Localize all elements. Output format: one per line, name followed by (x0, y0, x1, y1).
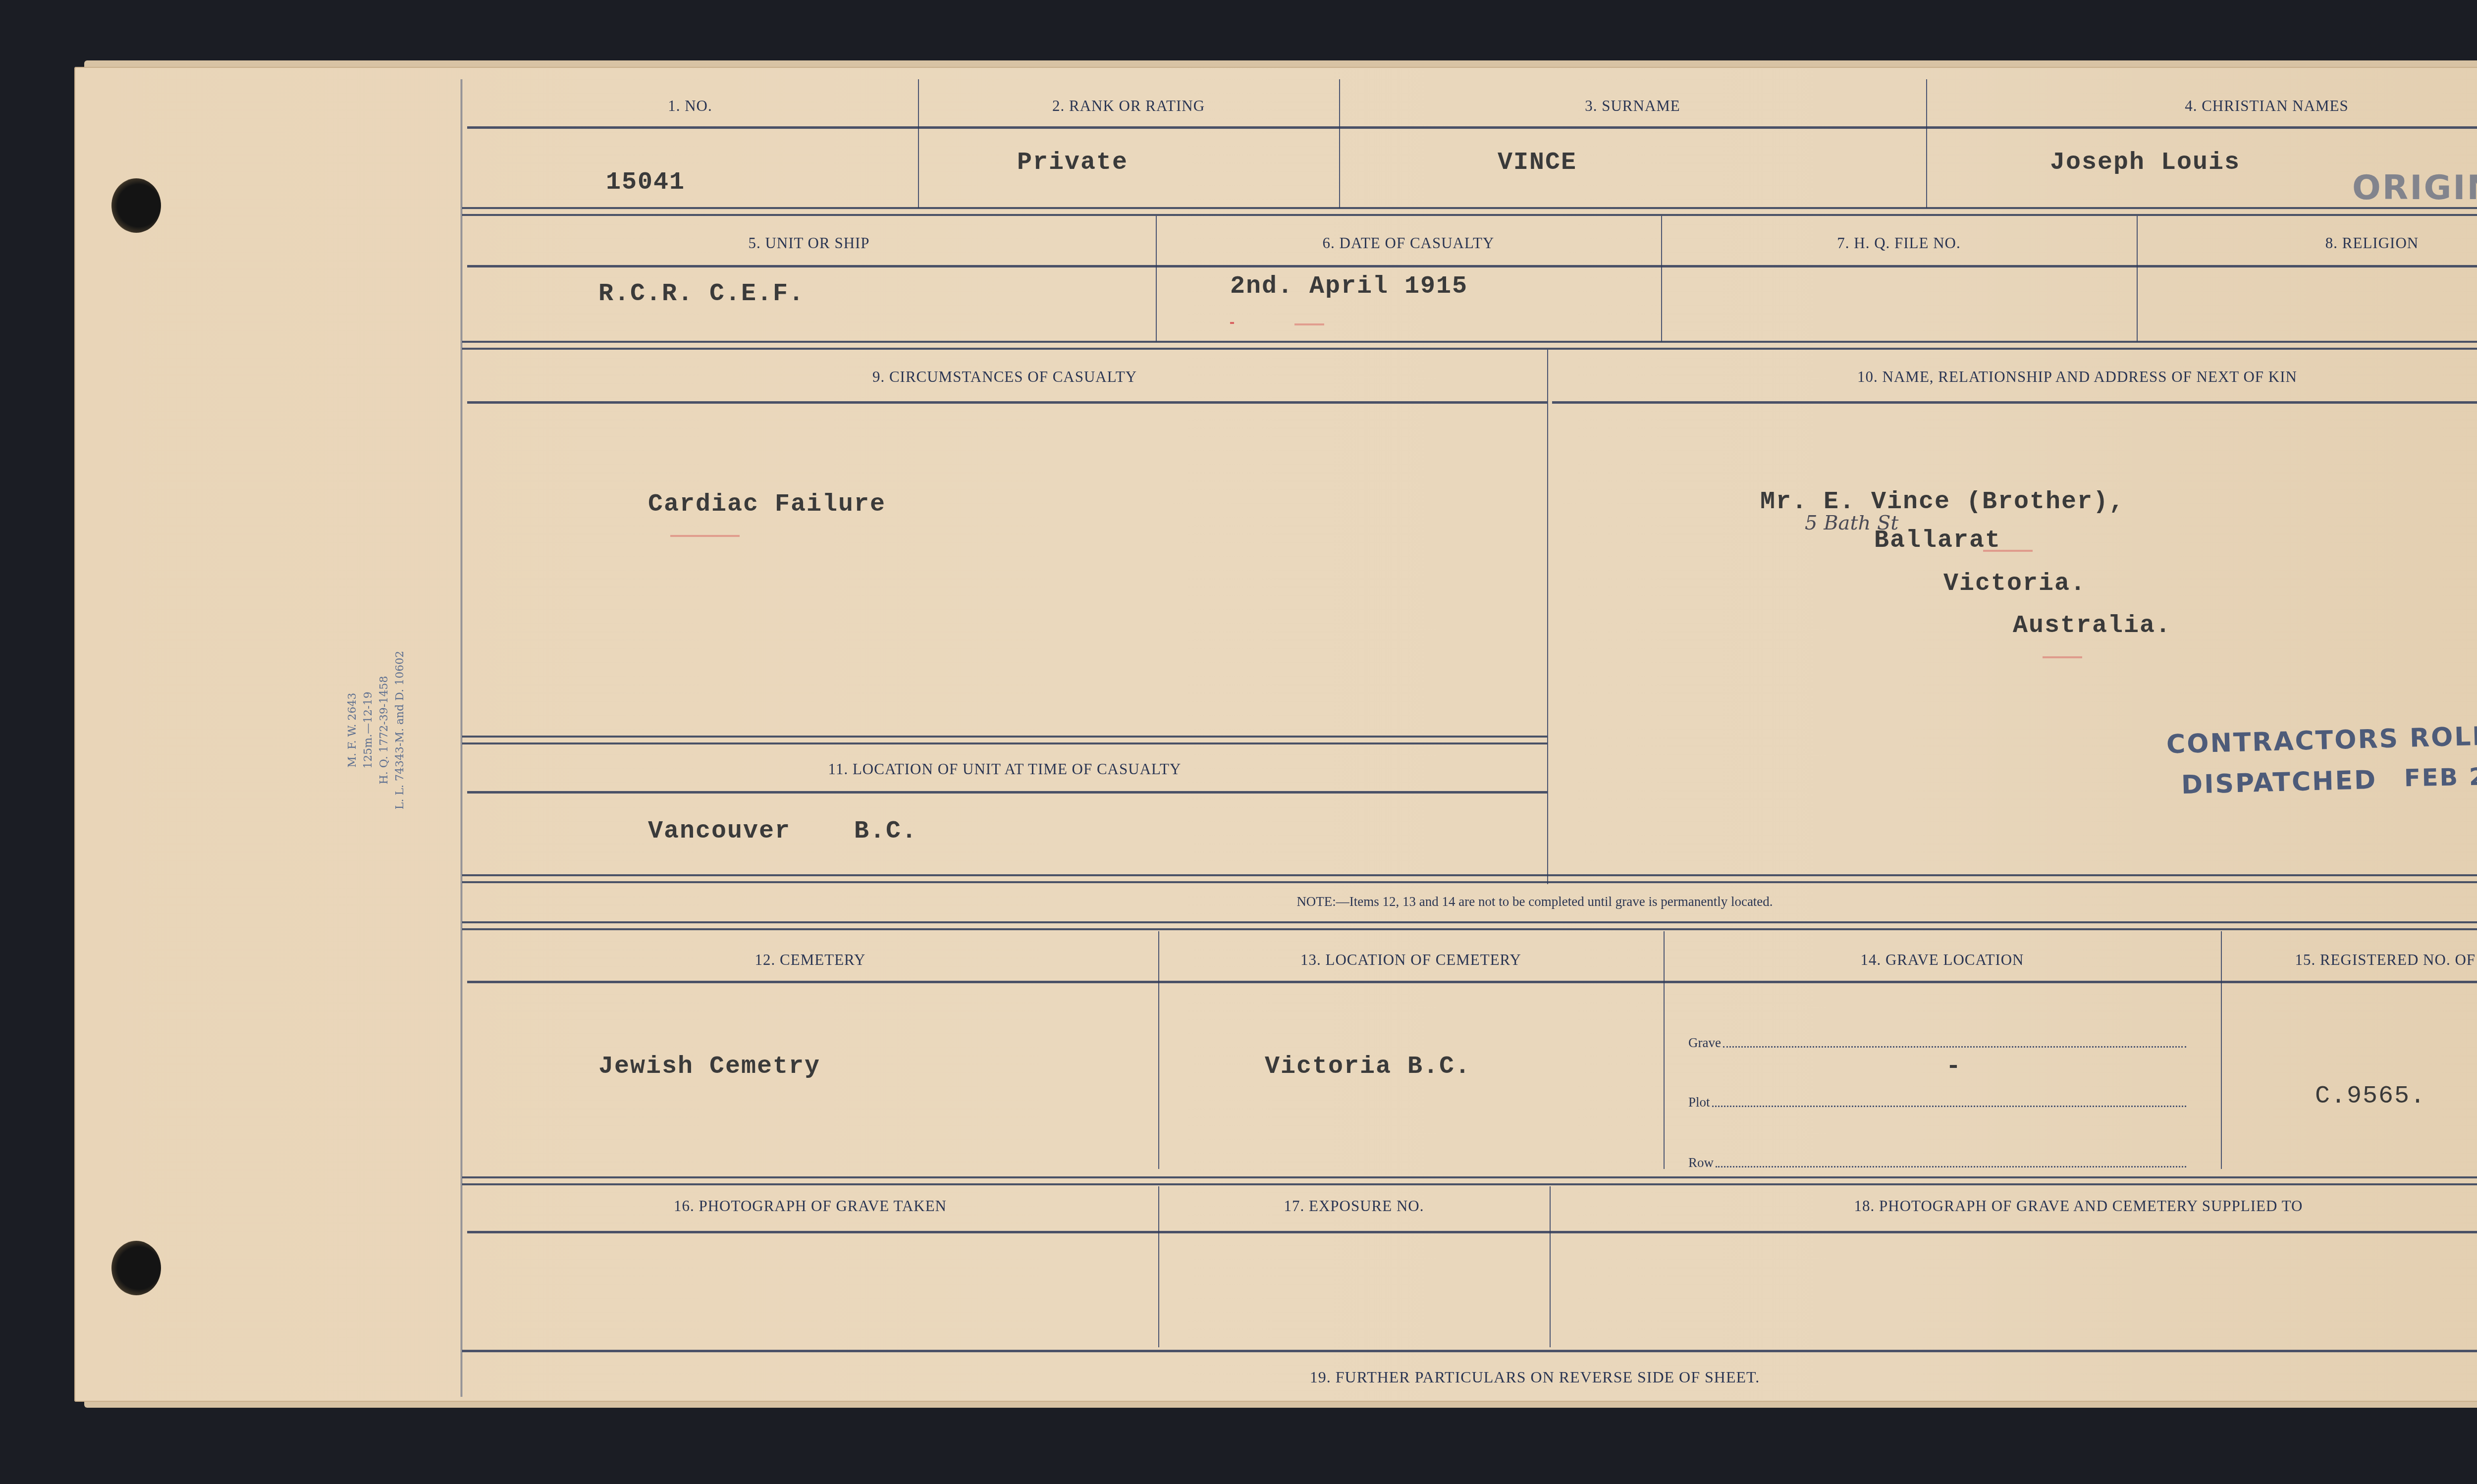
field-rank: 2. Rank or Rating Private (918, 79, 1340, 208)
punch-hole-bottom (111, 1241, 161, 1295)
label-exposure-no: 17. Exposure No. (1158, 1197, 1550, 1215)
label-further-particulars: 19. Further particulars on reverse side … (462, 1368, 2477, 1386)
imprint-line: H. Q. 1772-39-1458 (377, 626, 392, 834)
label-rank: 2. Rank or Rating (918, 97, 1339, 115)
label-photograph-taken: 16. Photograph of Grave Taken (462, 1197, 1158, 1215)
value-grave: - (1946, 1053, 1962, 1081)
row-identity: 1. No. 15041 2. Rank or Rating Private 3… (462, 79, 2477, 208)
row-note: NOTE:—Items 12, 13 and 14 are not to be … (462, 884, 2477, 924)
field-grave-location: 14. Grave Location Grave - Plot Row (1664, 931, 2222, 1169)
red-mark (1983, 550, 2033, 552)
field-date-of-casualty: 6. Date of Casualty 2nd. April 1915 (1156, 215, 1662, 342)
rule-double (462, 1176, 2477, 1178)
label-hq-file-no: 7. H. Q. File No. (1661, 234, 2137, 252)
rule (467, 981, 2477, 983)
value-unit: R.C.R. C.E.F. (598, 280, 805, 308)
label-christian-names: 4. Christian Names (1926, 97, 2477, 115)
field-unit: 5. Unit or Ship R.C.R. C.E.F. (462, 215, 1157, 342)
label-unit: 5. Unit or Ship (462, 234, 1156, 252)
field-registered-no: 15. Registered No. of Grave C.9565. (2221, 931, 2477, 1169)
row-line: Row (1688, 1155, 2186, 1170)
label-religion: 8. Religion (2137, 234, 2477, 252)
label-cemetery: 12. Cemetery (462, 951, 1158, 969)
value-circumstances: Cardiac Failure (648, 490, 886, 519)
value-kin-country: Australia. (2013, 612, 2171, 640)
rule (1552, 401, 2477, 404)
field-exposure-no: 17. Exposure No. (1158, 1186, 1551, 1347)
field-christian-names: 4. Christian Names Joseph Louis ORIGINAL (1926, 79, 2477, 208)
field-photograph-supplied: 18. Photograph of Grave and Cemetery Sup… (1550, 1186, 2477, 1347)
dispatched-stamp: DISPATCHED (2181, 765, 2377, 800)
label-photograph-supplied: 18. Photograph of Grave and Cemetery Sup… (1550, 1197, 2477, 1215)
imprint-line: 125m.—12-19 (361, 626, 377, 834)
rule (467, 791, 1547, 794)
field-location-of-cemetery: 13. Location of Cemetery Victoria B.C. (1158, 931, 1665, 1169)
red-mark (2043, 656, 2082, 658)
punch-hole-top (111, 178, 161, 233)
label-location-of-unit: 11. Location of Unit at Time of Casualty (462, 760, 1547, 778)
rule-double (462, 921, 2477, 923)
value-kin-city: Ballarat (1874, 527, 2001, 555)
field-location-of-unit: 11. Location of Unit at Time of Casualty… (462, 745, 1547, 884)
rule-double (462, 874, 2477, 876)
label-circumstances: 9. Circumstances of Casualty (462, 368, 1547, 386)
label-plot: Plot (1688, 1095, 1710, 1110)
value-number: 15041 (606, 168, 685, 197)
field-number: 1. No. 15041 (462, 79, 919, 208)
record-form: 1. No. 15041 2. Rank or Rating Private 3… (461, 79, 2477, 1397)
rule (467, 401, 1547, 404)
rule-double (462, 207, 2477, 209)
value-registered-no: C.9565. (2315, 1082, 2426, 1111)
row-further-particulars: 19. Further particulars on reverse side … (462, 1357, 2477, 1397)
contractors-roll-stamp: CONTRACTORS ROLL (2166, 721, 2477, 759)
value-christian-names: Joseph Louis (2050, 149, 2240, 177)
value-date-of-casualty: 2nd. April 1915 (1230, 272, 1468, 301)
rule-double (462, 736, 1547, 738)
label-number: 1. No. (462, 97, 918, 115)
row-photograph: 16. Photograph of Grave Taken 17. Exposu… (462, 1186, 2477, 1347)
imprint-line: M. F. W. 2643 (345, 626, 361, 834)
row-circumstances: 9. Circumstances of Casualty Cardiac Fai… (462, 349, 2477, 884)
field-cemetery: 12. Cemetery Jewish Cemetry (462, 931, 1159, 1169)
red-mark (1230, 322, 1234, 324)
row-unit: 5. Unit or Ship R.C.R. C.E.F. 6. Date of… (462, 215, 2477, 342)
rule (467, 265, 2477, 267)
field-surname: 3. Surname VINCE (1339, 79, 1927, 208)
red-mark (670, 535, 740, 537)
value-rank: Private (1017, 149, 1128, 177)
imprint-line: L. L. 74343-M. and D. 10602 (392, 626, 408, 834)
value-kin-state: Victoria. (1943, 570, 2086, 598)
plot-line: Plot (1688, 1095, 2186, 1110)
field-photograph-taken: 16. Photograph of Grave Taken (462, 1186, 1159, 1347)
label-grave: Grave (1688, 1035, 1721, 1051)
dispatched-date-stamp: FEB 22 1923 (2404, 761, 2477, 792)
original-stamp: ORIGINAL (2352, 168, 2477, 208)
label-date-of-casualty: 6. Date of Casualty (1156, 234, 1661, 252)
value-location-of-unit: Vancouver B.C. (648, 817, 917, 846)
label-surname: 3. Surname (1339, 97, 1926, 115)
note-text: NOTE:—Items 12, 13 and 14 are not to be … (462, 894, 2477, 909)
label-next-of-kin: 10. Name, Relationship and Address of Ne… (1547, 368, 2477, 386)
value-cemetery: Jewish Cemetry (598, 1053, 820, 1081)
rule (462, 1350, 2477, 1352)
field-circumstances: 9. Circumstances of Casualty Cardiac Fai… (462, 349, 1547, 736)
field-religion: 8. Religion (2137, 215, 2477, 342)
printer-imprint: M. F. W. 2643 125m.—12-19 H. Q. 1772-39-… (345, 626, 408, 834)
rule (467, 1231, 2477, 1233)
value-surname: VINCE (1498, 149, 1577, 177)
label-grave-location: 14. Grave Location (1664, 951, 2221, 969)
rule (467, 126, 2477, 129)
field-next-of-kin: 10. Name, Relationship and Address of Ne… (1547, 349, 2477, 884)
row-cemetery: 12. Cemetery Jewish Cemetry 13. Location… (462, 931, 2477, 1169)
label-registered-no: 15. Registered No. of Grave (2221, 951, 2477, 969)
grave-line: Grave (1688, 1035, 2186, 1051)
rule-double (462, 341, 2477, 343)
label-row: Row (1688, 1155, 1714, 1170)
field-hq-file-no: 7. H. Q. File No. (1661, 215, 2138, 342)
field-circumstances-left: 9. Circumstances of Casualty Cardiac Fai… (462, 349, 1548, 884)
label-location-of-cemetery: 13. Location of Cemetery (1158, 951, 1664, 969)
red-mark (1294, 323, 1324, 325)
value-location-of-cemetery: Victoria B.C. (1265, 1053, 1471, 1081)
